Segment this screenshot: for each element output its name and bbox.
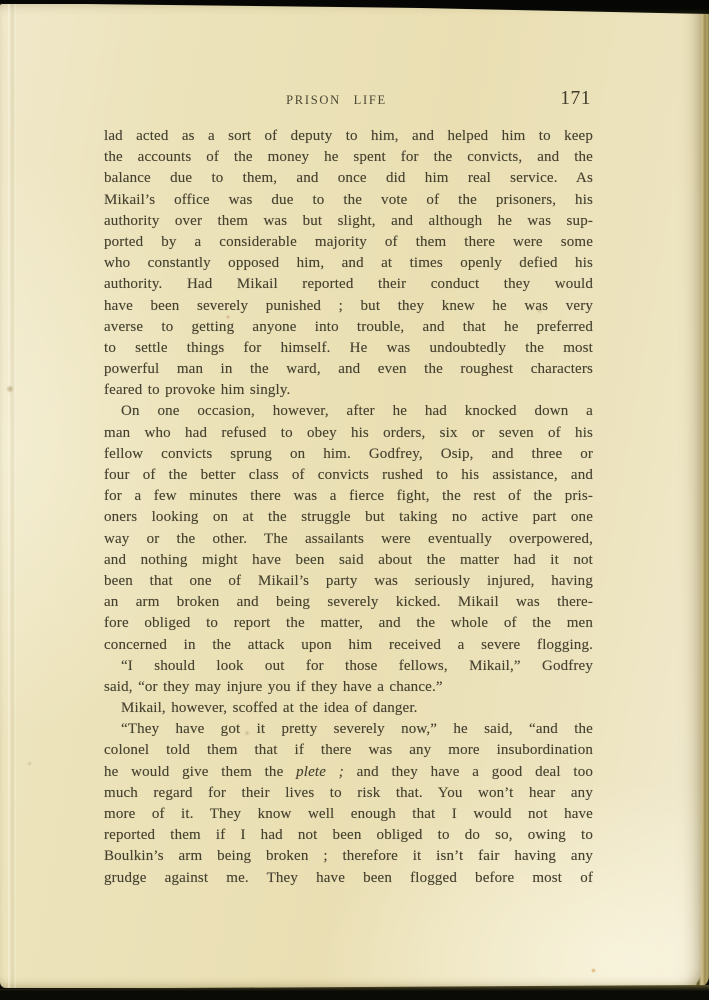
text-line: colonel told them that if there was any …: [104, 740, 593, 761]
text-line: authority. Had Mikail reported their con…: [104, 274, 593, 295]
paragraph: Mikail, however, scoffed at the idea of …: [104, 698, 593, 719]
book-photo: PRISON LIFE 171 lad acted as a sort of d…: [0, 0, 709, 1000]
text-line: lad acted as a sort of deputy to him, an…: [104, 126, 593, 147]
text-line: fellow convicts sprung on him. Godfrey, …: [104, 444, 593, 465]
paper-speck: [6, 385, 14, 393]
text-line: oners looking on at the struggle but tak…: [104, 507, 593, 528]
text-line: Mikail, however, scoffed at the idea of …: [104, 698, 593, 719]
text-line: the accounts of the money he spent for t…: [104, 147, 593, 168]
text-line: much regard for their lives to risk that…: [104, 783, 593, 804]
running-title: PRISON LIFE: [104, 93, 569, 108]
text-line: On one occasion, however, after he had k…: [104, 401, 593, 422]
text-line: Mikail’s office was due to the vote of t…: [104, 190, 593, 211]
text-line: authority over them was but slight, and …: [104, 211, 593, 232]
text-line: averse to getting anyone into trouble, a…: [104, 317, 593, 338]
text-line: man who had refused to obey his orders, …: [104, 423, 593, 444]
text-line: an arm broken and being severely kicked.…: [104, 592, 593, 613]
paper-speck: [591, 968, 596, 973]
text-line: for a few minutes there was a fierce fig…: [104, 486, 593, 507]
text-line: four of the better class of convicts rus…: [104, 465, 593, 486]
text-line: who constantly opposed him, and at times…: [104, 253, 593, 274]
text-line: “They have got it pretty severely now,” …: [104, 719, 593, 740]
text-line: balance due to them, and once did him re…: [104, 168, 593, 189]
text-line: he would give them the plete ; and they …: [104, 762, 593, 783]
text-line: said, “or they may injure you if they ha…: [104, 677, 593, 698]
text-line: feared to provoke him singly.: [104, 380, 593, 401]
text-line: ported by a considerable majority of the…: [104, 232, 593, 253]
text-line: been that one of Mikail’s party was seri…: [104, 571, 593, 592]
paragraph: “I should look out for those fellows, Mi…: [104, 656, 593, 698]
page-crease: [8, 4, 16, 988]
text-line: more of it. They know well enough that I…: [104, 804, 593, 825]
text-line: powerful man in the ward, and even the r…: [104, 359, 593, 380]
text-line: grudge against me. They have been flogge…: [104, 868, 593, 889]
paragraph: “They have got it pretty severely now,” …: [104, 719, 593, 889]
page-header: PRISON LIFE 171: [104, 88, 593, 112]
text-line: and nothing might have been said about t…: [104, 550, 593, 571]
text-line: way or the other. The assailants were ev…: [104, 529, 593, 550]
book-page: PRISON LIFE 171 lad acted as a sort of d…: [0, 4, 701, 988]
text-line: Boulkin’s arm being broken ; therefore i…: [104, 846, 593, 867]
text-line: “I should look out for those fellows, Mi…: [104, 656, 593, 677]
text-line: to settle things for himself. He was und…: [104, 338, 593, 359]
text-line: fore obliged to report the matter, and t…: [104, 613, 593, 634]
text-line: concerned in the attack upon him receive…: [104, 635, 593, 656]
text-block: lad acted as a sort of deputy to him, an…: [104, 126, 593, 889]
page-number: 171: [560, 88, 591, 110]
paragraph: On one occasion, however, after he had k…: [104, 401, 593, 655]
paragraph: lad acted as a sort of deputy to him, an…: [104, 126, 593, 401]
paper-speck: [27, 761, 32, 766]
text-line: have been severely punished ; but they k…: [104, 296, 593, 317]
text-line: reported them if I had not been obliged …: [104, 825, 593, 846]
